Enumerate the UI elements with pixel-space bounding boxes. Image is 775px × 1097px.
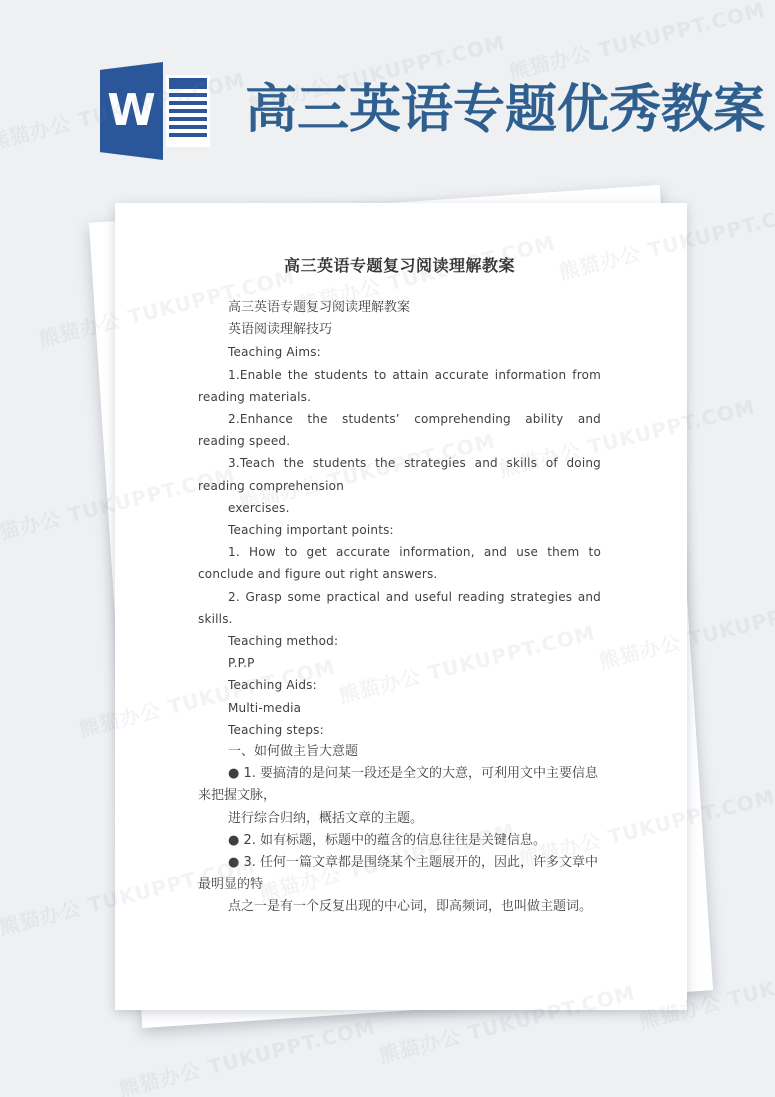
document-line: 高三英语专题复习阅读理解教案 [198,297,601,319]
document-title: 高三英语专题复习阅读理解教案 [198,255,601,277]
document-line: 2.Enhance the students’ comprehending ab… [198,408,601,430]
word-icon-doc-line [169,125,207,129]
word-icon: W [100,62,212,162]
document-line: exercises. [198,497,601,519]
word-icon-panel: W [100,62,163,160]
document-line: Teaching Aims: [198,341,601,363]
watermark-text: 熊猫办公 TUKUPPT.COM [505,0,768,85]
document-line: reading comprehension [198,475,601,497]
document-line: Multi-media [198,697,601,719]
word-icon-doc-line [169,101,207,105]
word-icon-letter: W [107,89,156,133]
document-line: Teaching method: [198,630,601,652]
document-line: 1.Enable the students to attain accurate… [198,364,601,386]
page-background: 高三英语专题复习阅读理解教案 高三英语专题复习阅读理解教案英语阅读理解技巧Tea… [0,0,775,1097]
document-line: 点之一是有一个反复出现的中心词，即高频词，也叫做主题词。 [198,896,601,918]
word-icon-doc-line [169,133,207,137]
word-icon-doc-bar [169,78,207,89]
document-line: Teaching important points: [198,519,601,541]
document-line: 进行综合归纳，概括文章的主题。 [198,808,601,830]
document-line: P.P.P [198,652,601,674]
document-line: ● 3. 任何一篇文章都是围绕某个主题展开的，因此，许多文章中 [198,852,601,874]
document-line: 2. Grasp some practical and useful readi… [198,586,601,608]
document-line: ● 1. 要搞清的是问某一段还是全文的大意，可利用文中主要信息 [198,763,601,785]
word-icon-doc-line [169,93,207,97]
header-title: 高三英语专题优秀教案 [245,80,775,142]
document-page: 高三英语专题复习阅读理解教案 高三英语专题复习阅读理解教案英语阅读理解技巧Tea… [115,203,687,1010]
word-icon-doc-line [169,117,207,121]
document-line: 1. How to get accurate information, and … [198,541,601,563]
document-line: Teaching Aids: [198,674,601,696]
word-icon-doc-line [169,109,207,113]
document-body: 高三英语专题复习阅读理解教案英语阅读理解技巧Teaching Aims:1.En… [198,297,601,919]
document-line: 来把握文脉， [198,785,601,807]
document-line: reading speed. [198,430,601,452]
document-line: conclude and figure out right answers. [198,563,601,585]
document-line: 英语阅读理解技巧 [198,319,601,341]
document-line: 最明显的特 [198,874,601,896]
word-icon-document-sheet [166,75,210,147]
document-line: Teaching steps: [198,719,601,741]
document-line: 一、如何做主旨大意题 [198,741,601,763]
document-line: 3.Teach the students the strategies and … [198,452,601,474]
document-line: skills. [198,608,601,630]
document-line: reading materials. [198,386,601,408]
document-line: ● 2. 如有标题，标题中的蕴含的信息往往是关键信息。 [198,830,601,852]
